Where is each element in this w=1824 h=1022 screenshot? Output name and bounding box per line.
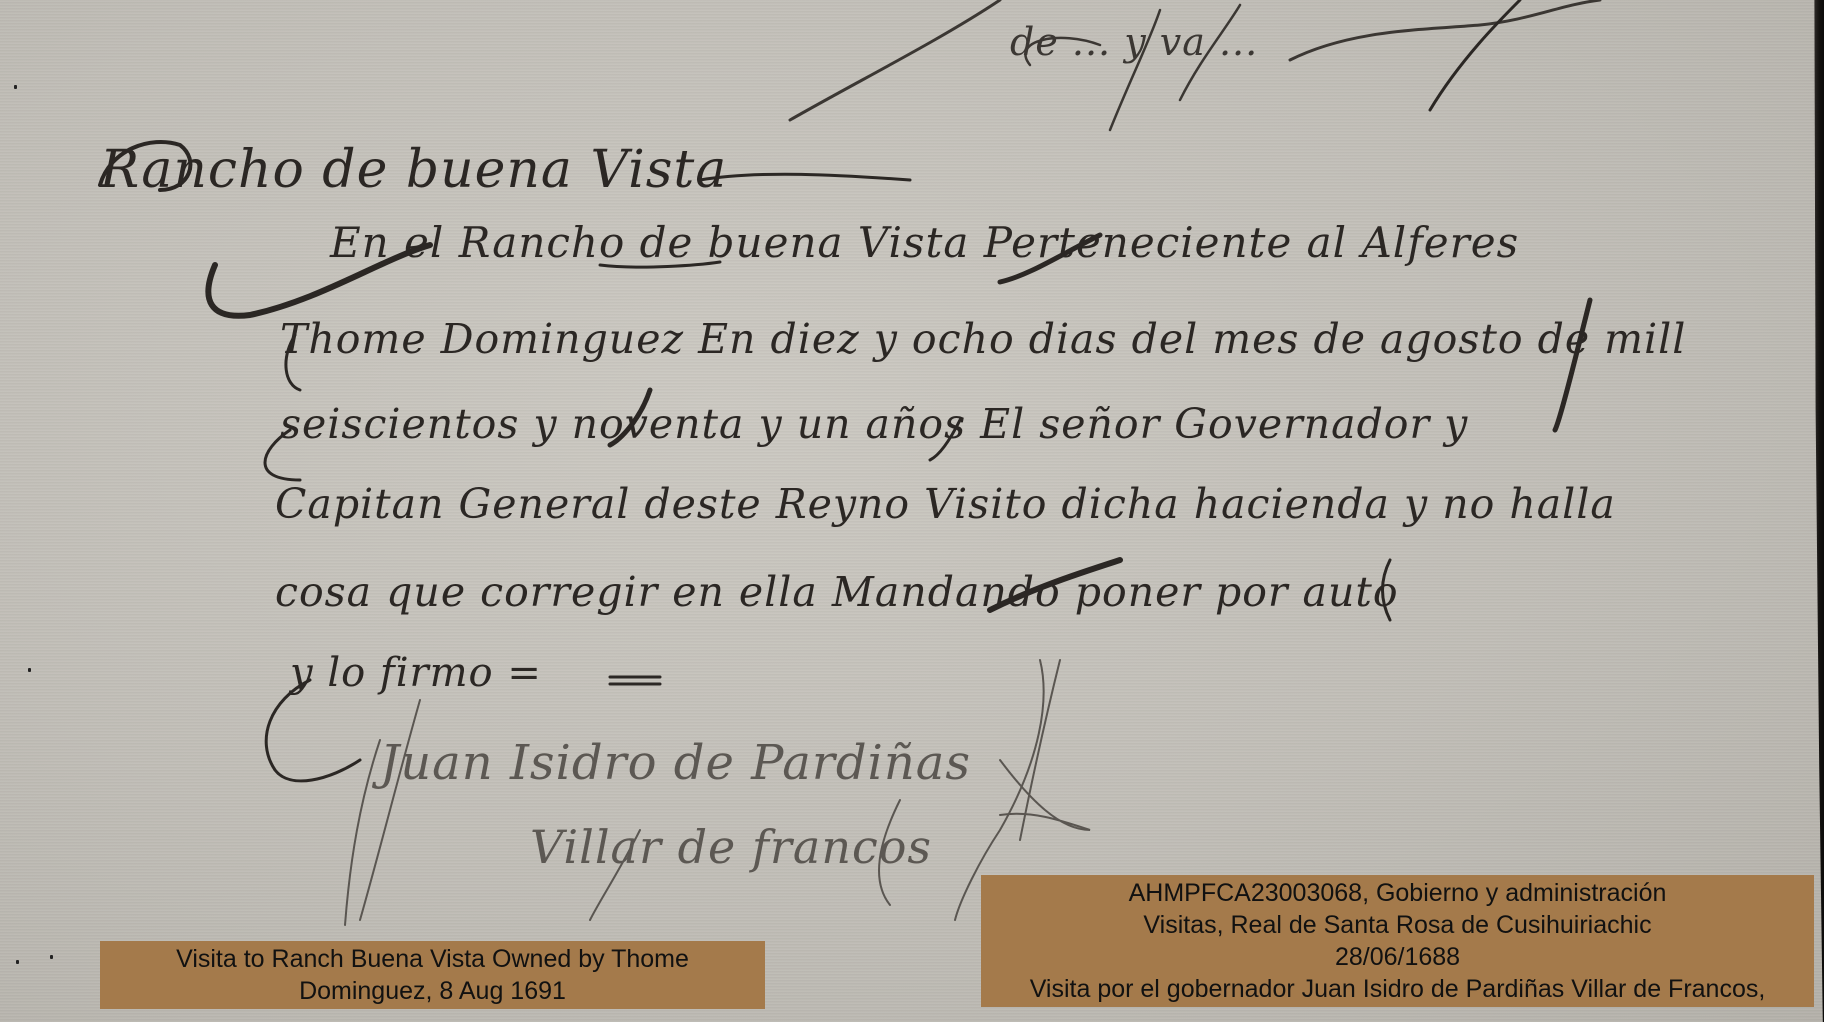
caption-title-line-1: Visita to Ranch Buena Vista Owned by Tho… [100,943,765,975]
caption-archive-id: AHMPFCA23003068, Gobierno y administraci… [981,877,1814,909]
signature-line-2: Villar de francos [530,820,932,874]
manuscript-line-5: cosa que corregir en ella Mandando poner… [275,568,1399,616]
manuscript-line-3: seiscientos y noventa y un años El señor… [280,400,1468,448]
manuscript-heading: Rancho de buena Vista [100,140,727,200]
manuscript-line-1: En el Rancho de buena Vista Pertenecient… [330,218,1519,267]
margin-speck [16,960,19,964]
margin-speck [50,955,53,959]
caption-archive-date: 28/06/1688 [981,941,1814,973]
margin-speck [14,85,17,89]
manuscript-line-6: y lo firmo = [290,650,542,696]
caption-title-box: Visita to Ranch Buena Vista Owned by Tho… [100,941,765,1009]
caption-archive-reference-box: AHMPFCA23003068, Gobierno y administraci… [981,875,1814,1007]
signature-line-1: Juan Isidro de Pardiñas [380,735,971,791]
manuscript-line-2: Thome Dominguez En diez y ocho dias del … [280,315,1686,363]
manuscript-top-fragment: de ... y va ... [1010,20,1258,64]
margin-speck [28,668,31,672]
caption-archive-description: Visita por el gobernador Juan Isidro de … [981,973,1814,1005]
caption-title-line-2: Dominguez, 8 Aug 1691 [100,975,765,1007]
caption-archive-series: Visitas, Real de Santa Rosa de Cusihuiri… [981,909,1814,941]
manuscript-line-4: Capitan General deste Reyno Visito dicha… [275,480,1616,528]
